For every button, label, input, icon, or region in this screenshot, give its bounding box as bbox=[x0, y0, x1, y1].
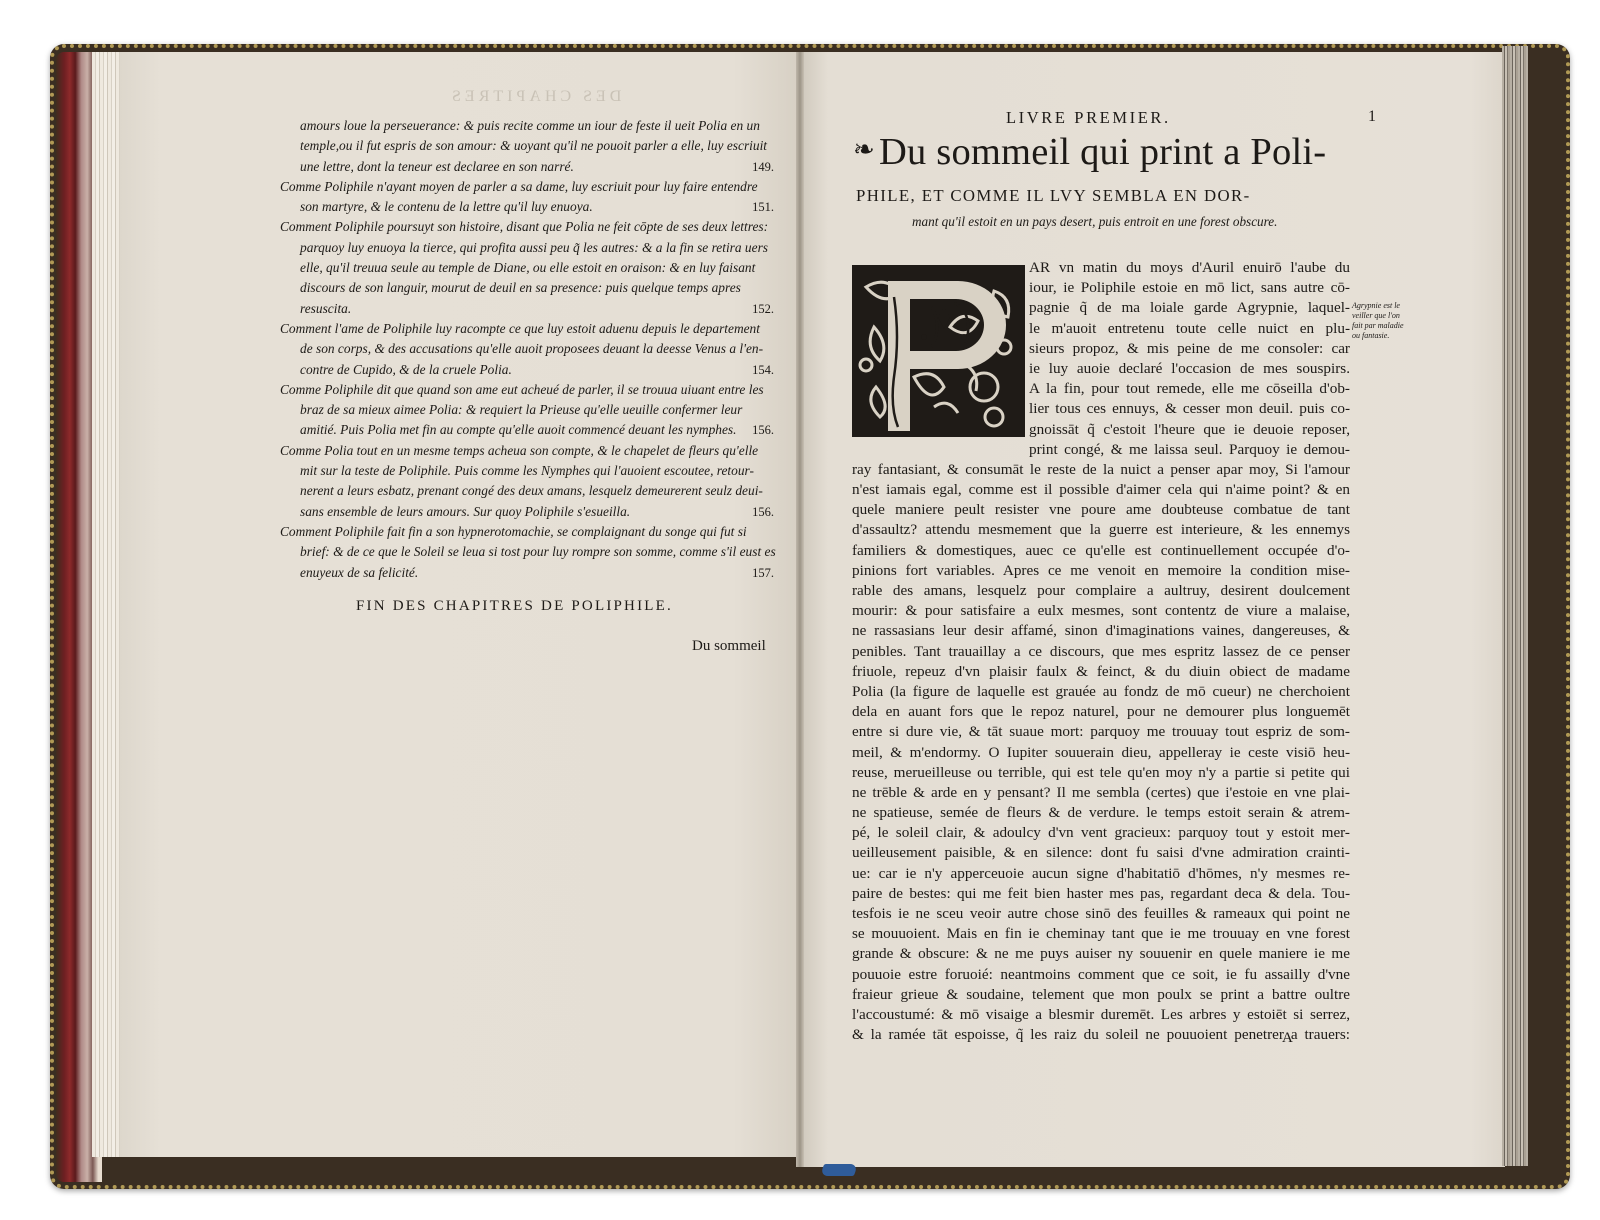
body-text-line: ne spatieuse, semée de fleurs & de verdu… bbox=[852, 803, 1350, 823]
body-text-line: tesfois ie ne sceu veoir autre chose sin… bbox=[852, 904, 1350, 924]
body-text-line: ueilleusement paisible, & en silence: do… bbox=[852, 843, 1350, 863]
body-text-line: gnoissāt q̃ c'estoit l'heure que ie deuo… bbox=[1029, 420, 1350, 440]
body-text-line: ue: car ie n'y apperceuoie aucun signe d… bbox=[852, 864, 1350, 884]
body-text-line: meil, & m'endormy. O Iupiter souuerain d… bbox=[852, 743, 1350, 763]
chapter-title-line-2: PHILE, ET COMME IL LVY SEMBLA EN DOR- bbox=[856, 186, 1251, 206]
chapter-title-line-1: Du sommeil qui print a Poli- bbox=[879, 131, 1326, 173]
body-text-line: pagnie q̃ de ma loiale garde Agrypnie, l… bbox=[1029, 298, 1350, 318]
body-text-line: Polia (la figure de laquelle est grauée … bbox=[852, 682, 1350, 702]
chapter-entry-line: sans ensemble de leurs amours. Sur quoy … bbox=[280, 502, 776, 522]
body-text-line: le m'auoit entretenu toute celle nuict e… bbox=[1029, 319, 1350, 339]
chapter-entry: Comme Poliphile dit que quand son ame eu… bbox=[280, 380, 776, 441]
signature-mark: A bbox=[1282, 1030, 1293, 1047]
chapter-entry-line: resuscita. bbox=[280, 299, 776, 319]
chapter-entry-line: Comme Polia tout en un mesme temps acheu… bbox=[280, 441, 776, 461]
chapter-page-number: 154. bbox=[752, 360, 774, 380]
body-text-line: ie luy auoie declaré l'occasion de mes s… bbox=[1029, 359, 1350, 379]
body-text-line: penibles. Tant trauaillay a ce discours,… bbox=[852, 642, 1350, 662]
body-text-line: & la ramée tāt espoisse, q̃ les raiz du … bbox=[852, 1025, 1350, 1045]
body-text-line: rable des amans, lesquelz pour complaire… bbox=[852, 581, 1350, 601]
margin-note: Agrypnie est le veiller que l'on fait pa… bbox=[1352, 301, 1408, 341]
body-text-line: reuse, merueilleuse ou terrible, qui est… bbox=[852, 763, 1350, 783]
chapter-entry: Comment l'ame de Poliphile luy racompte … bbox=[280, 319, 776, 380]
book-gutter bbox=[796, 52, 804, 1167]
chapter-list: amours loue la perseuerance: & puis reci… bbox=[280, 116, 776, 583]
chapter-entry-line: discours de son languir, mourut de deuil… bbox=[280, 278, 776, 298]
chapter-entry-line: une lettre, dont la teneur est declaree … bbox=[280, 157, 776, 177]
chapter-entry: Comme Polia tout en un mesme temps acheu… bbox=[280, 441, 776, 522]
chapter-entry-line: Comment Poliphile poursuyt son histoire,… bbox=[280, 217, 776, 237]
chapter-page-number: 156. bbox=[752, 502, 774, 522]
body-text-line: friuole, repeuz d'vn plaisir faulx & fei… bbox=[852, 662, 1350, 682]
body-text-line: paire de bestes: qui me feit bien haster… bbox=[852, 884, 1350, 904]
body-text-line: AR vn matin du moys d'Auril enuirō l'aub… bbox=[1029, 258, 1350, 278]
chapter-entry-line: amours loue la perseuerance: & puis reci… bbox=[280, 116, 776, 136]
bookmark-ribbon[interactable] bbox=[820, 1164, 858, 1176]
chapter-entry-line: son martyre, & le contenu de la lettre q… bbox=[280, 197, 776, 217]
running-head: LIVRE PREMIER. bbox=[1006, 108, 1171, 128]
chapter-entry-line: temple,ou il fut espris de son amour: & … bbox=[280, 136, 776, 156]
chapter-title-line-3: mant qu'il estoit en un pays desert, pui… bbox=[912, 214, 1277, 230]
body-text-line: ray fantasiant, & consumāt le reste de l… bbox=[852, 460, 1350, 480]
body-text-line: familiers & domestiques, auec ce qu'elle… bbox=[852, 541, 1350, 561]
body-text-line: mourir: & pour satisfaire a eulx mesmes,… bbox=[852, 601, 1350, 621]
left-page-edges bbox=[92, 52, 122, 1157]
chapter-entry-line: Comme Poliphile dit que quand son ame eu… bbox=[280, 380, 776, 400]
body-text-line: ne rassasians leur desir affamé, sinon d… bbox=[852, 621, 1350, 641]
chapter-entry-line: amitié. Puis Polia met fin au compte qu'… bbox=[280, 420, 776, 440]
right-page-edges bbox=[1502, 46, 1528, 1166]
chapter-entry: Comme Poliphile n'ayant moyen de parler … bbox=[280, 177, 776, 218]
body-text-line: grande & obscure: & ne me puys auiser ny… bbox=[852, 944, 1350, 964]
body-text-line: quele maniere peult resister vne poure a… bbox=[852, 500, 1350, 520]
chapter-page-number: 157. bbox=[752, 563, 774, 583]
chapter-body: AR vn matin du moys d'Auril enuirō l'aub… bbox=[852, 258, 1350, 1045]
body-text-line: dela en auant fors que le repoz naturel,… bbox=[852, 702, 1350, 722]
chapter-entry-line: nerent a leurs esbatz, prenant congé des… bbox=[280, 481, 776, 501]
body-text-line: print congé, & me laissa seul. Parquoy i… bbox=[1029, 440, 1350, 460]
body-text-line: d'assaultz? attendu mesmement que la gue… bbox=[852, 520, 1350, 540]
chapter-entry-line: Comment Poliphile fait fin a son hypnero… bbox=[280, 522, 776, 542]
body-text-line: fraieur grieue & soudaine, telement que … bbox=[852, 985, 1350, 1005]
chapter-entry-line: mit sur la teste de Poliphile. Puis comm… bbox=[280, 461, 776, 481]
body-text-line: pouuoie estre foruoié: neantmoins commen… bbox=[852, 965, 1350, 985]
body-text-line: iour, ie Poliphile estoie en mō lict, sa… bbox=[1029, 278, 1350, 298]
body-text-line: entre si dure vie, & tāt suaue mort: par… bbox=[852, 722, 1350, 742]
chapter-entry-line: enuyeux de sa felicité. bbox=[280, 563, 776, 583]
body-text-line: n'est iamais egal, comme est il possible… bbox=[852, 480, 1350, 500]
chapter-entry: Comment Poliphile poursuyt son histoire,… bbox=[280, 217, 776, 318]
chapter-page-number: 156. bbox=[752, 420, 774, 440]
chapter-page-number: 152. bbox=[752, 299, 774, 319]
chapter-entry: Comment Poliphile fait fin a son hypnero… bbox=[280, 522, 776, 583]
body-text-line: pinions fort variables. Apres ce me veno… bbox=[852, 561, 1350, 581]
chapter-entry-line: braz de sa mieux aimee Polia: & requiert… bbox=[280, 400, 776, 420]
chapter-entry-line: elle, qu'il treuua seule au temple de Di… bbox=[280, 258, 776, 278]
chapter-entry-line: Comment l'ame de Poliphile luy racompte … bbox=[280, 319, 776, 339]
body-text-line: sieurs propoz, & mis peine de me console… bbox=[1029, 339, 1350, 359]
body-text-line: l'accoustumé: & mō visaige a blesmir dur… bbox=[852, 1005, 1350, 1025]
folio-number: 1 bbox=[1368, 108, 1376, 126]
chapter-entry: amours loue la perseuerance: & puis reci… bbox=[280, 116, 776, 177]
catchword: Du sommeil bbox=[692, 638, 766, 655]
chapter-page-number: 151. bbox=[752, 197, 774, 217]
body-text-line: pé, le soleil clair, & adoulcy d'vn vent… bbox=[852, 823, 1350, 843]
body-text-line: A la fin, pour tout remede, elle me cōse… bbox=[1029, 379, 1350, 399]
chapter-title: ❧Du sommeil qui print a Poli- bbox=[853, 130, 1326, 174]
body-text-line: lier tous ces ennuys, & cesser mon deuil… bbox=[1029, 399, 1350, 419]
chapter-entry-line: contre de Cupido, & de la cruele Polia. bbox=[280, 360, 776, 380]
body-text-line: se mouuoient. Mais en fin ie cheminay ta… bbox=[852, 924, 1350, 944]
fleuron-icon: ❧ bbox=[853, 135, 875, 164]
chapter-page-number: 149. bbox=[752, 157, 774, 177]
body-text-line: ne trēble & arde en y pensant? Il me sem… bbox=[852, 783, 1350, 803]
chapter-entry-line: parquoy luy enuoya la tierce, qui profit… bbox=[280, 238, 776, 258]
end-of-chapters-heading: FIN DES CHAPITRES DE POLIPHILE. bbox=[356, 598, 673, 615]
chapter-entry-line: Comme Poliphile n'ayant moyen de parler … bbox=[280, 177, 776, 197]
chapter-entry-line: brief: & de ce que le Soleil se leua si … bbox=[280, 542, 776, 562]
bleed-through-heading: DES CHAPITRES bbox=[448, 88, 621, 106]
chapter-entry-line: de son corps, & des accusations qu'elle … bbox=[280, 339, 776, 359]
